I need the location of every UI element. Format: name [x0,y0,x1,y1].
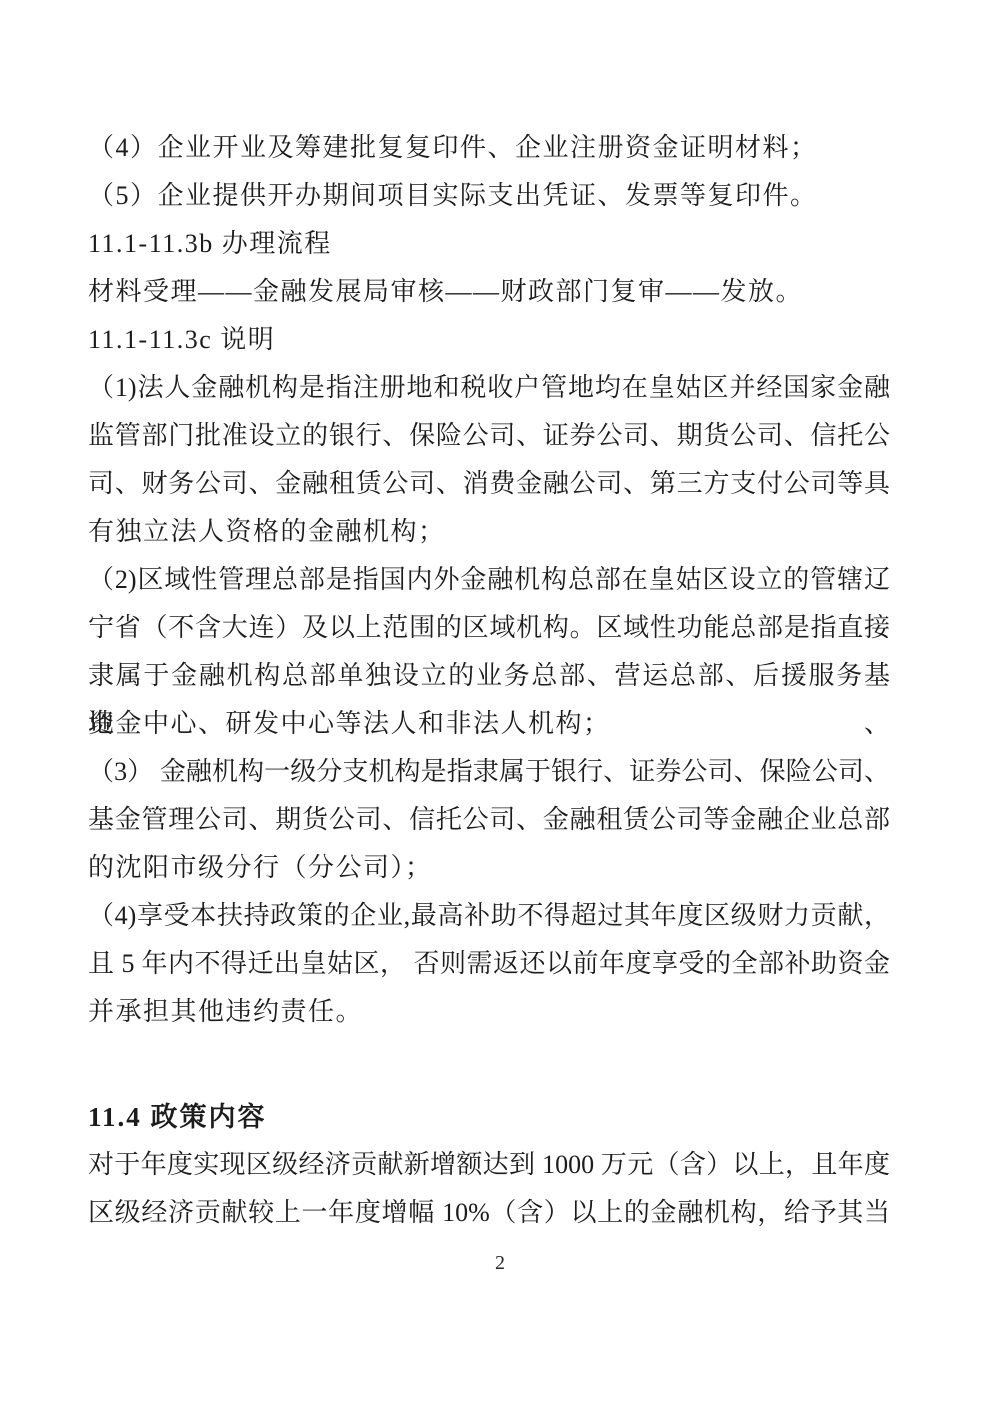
document-body: （4）企业开业及筹建批复复印件、企业注册资金证明材料； （5）企业提供开办期间项… [88,124,890,1237]
text-line: 11.1-11.3b 办理流程 [88,220,890,268]
text-line: 宁省（不含大连）及以上范围的区域机构。区域性功能总部是指直接 [88,604,890,652]
text-line: 材料受理——金融发展局审核——财政部门复审——发放。 [88,268,890,316]
text-line: 的沈阳市级分行（分公司）； [88,844,890,892]
text-line: 司、财务公司、金融租赁公司、消费金融公司、第三方支付公司等具 [88,460,890,508]
text-line: （5）企业提供开办期间项目实际支出凭证、发票等复印件。 [88,172,890,220]
section-heading-11-4: 11.4 政策内容 [88,1093,890,1141]
text-line: （4）企业开业及筹建批复复印件、企业注册资金证明材料； [88,124,890,172]
text-line: 监管部门批准设立的银行、保险公司、证券公司、期货公司、信托公 [88,412,890,460]
text-line: （4)享受本扶持政策的企业,最高补助不得超过其年度区级财力贡献， [88,892,890,940]
text-line: 11.1-11.3c 说明 [88,316,890,364]
text-line: 隶属于金融机构总部单独设立的业务总部、营运总部、后援服务基地、 [88,652,890,700]
text-line: 并承担其他违约责任。 [88,988,890,1036]
text-line: （3） 金融机构一级分支机构是指隶属于银行、证券公司、保险公司、 [88,748,890,796]
text-line: 对于年度实现区级经济贡献新增额达到 1000 万元（含）以上，且年度 [88,1141,890,1189]
text-line: （1)法人金融机构是指注册地和税收户管地均在皇姑区并经国家金融 [88,364,890,412]
document-page: （4）企业开业及筹建批复复印件、企业注册资金证明材料； （5）企业提供开办期间项… [0,0,1000,1413]
page-number: 2 [0,1248,1000,1278]
text-line: 区级经济贡献较上一年度增幅 10%（含）以上的金融机构，给予其当 [88,1189,890,1237]
text-line: 基金管理公司、期货公司、信托公司、金融租赁公司等金融企业总部 [88,796,890,844]
text-line: 有独立法人资格的金融机构； [88,508,890,556]
text-line: （2)区域性管理总部是指国内外金融机构总部在皇姑区设立的管辖辽 [88,556,890,604]
text-line: 且 5 年内不得迁出皇姑区， 否则需返还以前年度享受的全部补助资金 [88,940,890,988]
